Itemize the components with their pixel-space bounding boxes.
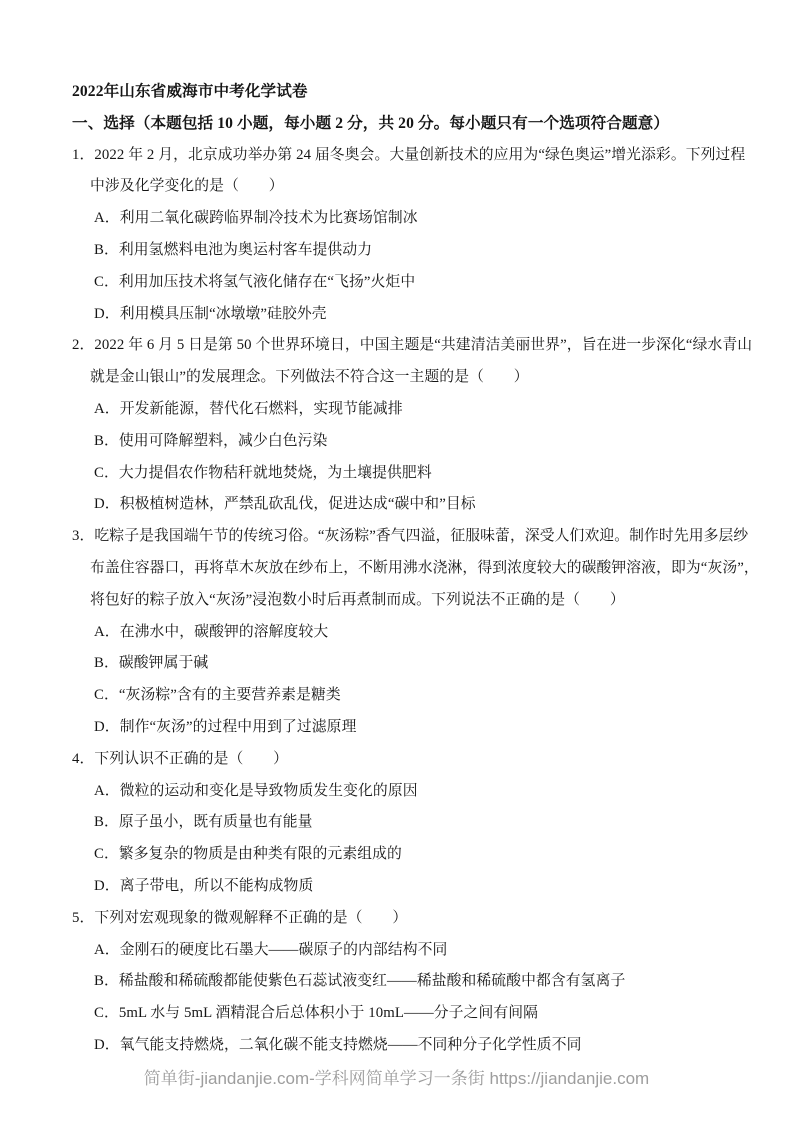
- option-text: 金刚石的硬度比石墨大——碳原子的内部结构不同: [120, 942, 448, 958]
- section-heading: 一、选择（本题包括 10 小题，每小题 2 分，共 20 分。每小题只有一个选项…: [72, 108, 793, 140]
- option-label: B．: [94, 814, 119, 830]
- option-row: D．氧气能支持燃烧，二氧化碳不能支持燃烧——不同种分子化学性质不同: [94, 1030, 793, 1062]
- question-stem-line: 5．下列对宏观现象的微观解释不正确的是（ ）: [72, 903, 793, 935]
- question-block: 5．下列对宏观现象的微观解释不正确的是（ ）A．金刚石的硬度比石墨大——碳原子的…: [0, 903, 793, 1062]
- option-row: D．利用模具压制“冰墩墩”硅胶外壳: [94, 299, 793, 331]
- question-stem-line: 布盖住容器口，再将草木灰放在纱布上，不断用沸水浇淋，得到浓度较大的碳酸钾溶液，即…: [90, 553, 793, 585]
- stem-text: 下列对宏观现象的微观解释不正确的是（ ）: [94, 910, 407, 926]
- question-block: 1．2022 年 2 月，北京成功举办第 24 届冬奥会。大量创新技术的应用为“…: [0, 140, 793, 331]
- option-label: A．: [94, 210, 120, 226]
- option-row: A．利用二氧化碳跨临界制冷技术为比赛场馆制冰: [94, 203, 793, 235]
- option-label: A．: [94, 783, 120, 799]
- option-text: “灰汤粽”含有的主要营养素是糖类: [119, 687, 341, 703]
- option-label: B．: [94, 433, 119, 449]
- question-stem-line: 2．2022 年 6 月 5 日是第 50 个世界环境日，中国主题是“共建清洁美…: [72, 330, 793, 362]
- question-list: 1．2022 年 2 月，北京成功举办第 24 届冬奥会。大量创新技术的应用为“…: [0, 140, 793, 1062]
- question-block: 2．2022 年 6 月 5 日是第 50 个世界环境日，中国主题是“共建清洁美…: [0, 330, 793, 521]
- question-stem-line: 将包好的粽子放入“灰汤”浸泡数小时后再煮制而成。下列说法不正确的是（ ）: [90, 585, 793, 617]
- option-label: C．: [94, 846, 119, 862]
- option-row: A．微粒的运动和变化是导致物质发生变化的原因: [94, 776, 793, 808]
- option-label: A．: [94, 401, 120, 417]
- question-stem-line: 中涉及化学变化的是（ ）: [90, 171, 793, 203]
- question-stem-line: 1．2022 年 2 月，北京成功举办第 24 届冬奥会。大量创新技术的应用为“…: [72, 140, 793, 172]
- option-row: C．“灰汤粽”含有的主要营养素是糖类: [94, 680, 793, 712]
- option-text: 微粒的运动和变化是导致物质发生变化的原因: [120, 783, 418, 799]
- option-label: D．: [94, 1037, 120, 1053]
- option-label: D．: [94, 496, 120, 512]
- option-row: A．在沸水中，碳酸钾的溶解度较大: [94, 617, 793, 649]
- option-label: C．: [94, 465, 119, 481]
- option-label: B．: [94, 242, 119, 258]
- option-text: 碳酸钾属于碱: [119, 655, 208, 671]
- option-row: B．使用可降解塑料，减少白色污染: [94, 426, 793, 458]
- question-number: 4．: [72, 751, 94, 767]
- option-row: C．5mL 水与 5mL 酒精混合后总体积小于 10mL——分子之间有间隔: [94, 998, 793, 1030]
- option-text: 离子带电，所以不能构成物质: [120, 878, 314, 894]
- option-label: A．: [94, 624, 120, 640]
- option-row: D．积极植树造林，严禁乱砍乱伐，促进达成“碳中和”目标: [94, 489, 793, 521]
- option-text: 积极植树造林，严禁乱砍乱伐，促进达成“碳中和”目标: [120, 496, 476, 512]
- question-block: 4．下列认识不正确的是（ ）A．微粒的运动和变化是导致物质发生变化的原因B．原子…: [0, 744, 793, 903]
- question-block: 3．吃粽子是我国端午节的传统习俗。“灰汤粽”香气四溢，征服味蕾，深受人们欢迎。制…: [0, 521, 793, 744]
- option-text: 利用模具压制“冰墩墩”硅胶外壳: [120, 306, 327, 322]
- stem-text: 下列认识不正确的是（ ）: [94, 751, 288, 767]
- option-row: A．金刚石的硬度比石墨大——碳原子的内部结构不同: [94, 935, 793, 967]
- option-row: D．制作“灰汤”的过程中用到了过滤原理: [94, 712, 793, 744]
- stem-text: 吃粽子是我国端午节的传统习俗。“灰汤粽”香气四溢，征服味蕾，深受人们欢迎。制作时…: [94, 528, 748, 544]
- question-number: 1．: [72, 147, 94, 163]
- option-text: 利用加压技术将氢气液化储存在“飞扬”火炬中: [119, 274, 415, 290]
- option-row: C．利用加压技术将氢气液化储存在“飞扬”火炬中: [94, 267, 793, 299]
- option-label: C．: [94, 1005, 119, 1021]
- footer-watermark: 简单街-jiandanjie.com-学科网简单学习一条街 https://ji…: [0, 1066, 793, 1092]
- option-text: 开发新能源，替代化石燃料，实现节能减排: [120, 401, 403, 417]
- option-text: 5mL 水与 5mL 酒精混合后总体积小于 10mL——分子之间有间隔: [119, 1005, 538, 1021]
- question-number: 2．: [72, 337, 94, 353]
- option-text: 繁多复杂的物质是由种类有限的元素组成的: [119, 846, 402, 862]
- option-label: C．: [94, 274, 119, 290]
- option-text: 原子虽小，既有质量也有能量: [119, 814, 313, 830]
- option-text: 利用二氧化碳跨临界制冷技术为比赛场馆制冰: [120, 210, 418, 226]
- stem-text: 2022 年 6 月 5 日是第 50 个世界环境日，中国主题是“共建清洁美丽世…: [94, 337, 752, 353]
- option-text: 大力提倡农作物秸秆就地焚烧，为土壤提供肥料: [119, 465, 432, 481]
- option-text: 在沸水中，碳酸钾的溶解度较大: [120, 624, 329, 640]
- option-label: B．: [94, 973, 119, 989]
- exam-paper-page: 2022年山东省威海市中考化学试卷 一、选择（本题包括 10 小题，每小题 2 …: [0, 0, 793, 1062]
- option-text: 氧气能支持燃烧，二氧化碳不能支持燃烧——不同种分子化学性质不同: [120, 1037, 582, 1053]
- question-stem-line: 4．下列认识不正确的是（ ）: [72, 744, 793, 776]
- question-stem-line: 3．吃粽子是我国端午节的传统习俗。“灰汤粽”香气四溢，征服味蕾，深受人们欢迎。制…: [72, 521, 793, 553]
- option-row: A．开发新能源，替代化石燃料，实现节能减排: [94, 394, 793, 426]
- option-row: D．离子带电，所以不能构成物质: [94, 871, 793, 903]
- question-stem-line: 就是金山银山”的发展理念。下列做法不符合这一主题的是（ ）: [90, 362, 793, 394]
- option-label: C．: [94, 687, 119, 703]
- option-label: D．: [94, 719, 120, 735]
- option-row: C．大力提倡农作物秸秆就地焚烧，为土壤提供肥料: [94, 458, 793, 490]
- option-row: B．利用氢燃料电池为奥运村客车提供动力: [94, 235, 793, 267]
- question-number: 5．: [72, 910, 94, 926]
- question-number: 3．: [72, 528, 94, 544]
- page-title: 2022年山东省威海市中考化学试卷: [72, 76, 793, 108]
- option-row: B．稀盐酸和稀硫酸都能使紫色石蕊试液变红——稀盐酸和稀硫酸中都含有氢离子: [94, 966, 793, 998]
- option-label: A．: [94, 942, 120, 958]
- option-text: 使用可降解塑料，减少白色污染: [119, 433, 328, 449]
- option-label: D．: [94, 306, 120, 322]
- option-label: D．: [94, 878, 120, 894]
- option-row: C．繁多复杂的物质是由种类有限的元素组成的: [94, 839, 793, 871]
- stem-text: 2022 年 2 月，北京成功举办第 24 届冬奥会。大量创新技术的应用为“绿色…: [94, 147, 745, 163]
- option-row: B．碳酸钾属于碱: [94, 648, 793, 680]
- option-text: 稀盐酸和稀硫酸都能使紫色石蕊试液变红——稀盐酸和稀硫酸中都含有氢离子: [119, 973, 626, 989]
- option-text: 制作“灰汤”的过程中用到了过滤原理: [120, 719, 357, 735]
- option-label: B．: [94, 655, 119, 671]
- option-row: B．原子虽小，既有质量也有能量: [94, 807, 793, 839]
- option-text: 利用氢燃料电池为奥运村客车提供动力: [119, 242, 372, 258]
